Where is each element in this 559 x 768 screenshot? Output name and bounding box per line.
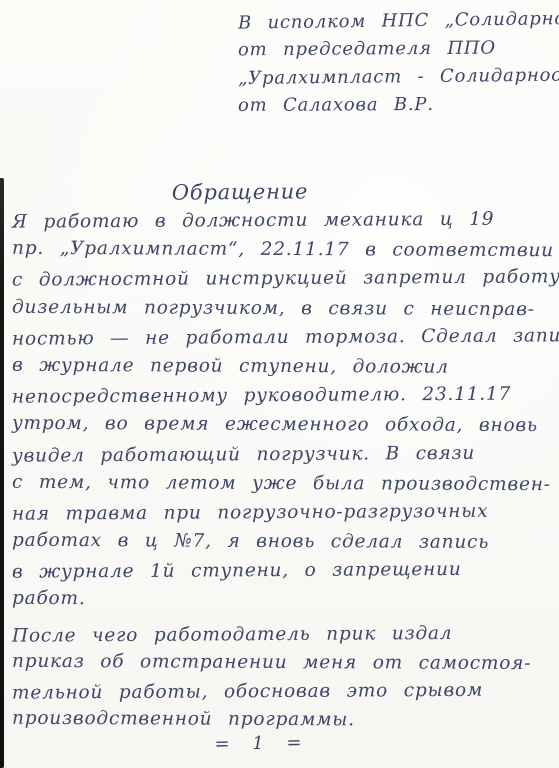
handwritten-line: непосредственному руководителю. 23.11.17 xyxy=(12,379,557,412)
handwritten-line: увидел работающий погрузчик. В связи xyxy=(12,438,557,471)
letter-body: Я работаю в должности механика ц 19 пр. … xyxy=(12,206,557,735)
body-paragraph-2: После чего работодатель прик издал прика… xyxy=(12,621,557,735)
handwritten-line: тельной работы, обосновав это срывом xyxy=(12,676,557,708)
scan-edge-artifact xyxy=(0,178,4,768)
handwritten-line: Я работаю в должности механика ц 19 xyxy=(12,204,557,237)
letter-header: В исполком НПС „Солидарность“ от председ… xyxy=(238,8,559,118)
body-paragraph-1: Я работаю в должности механика ц 19 пр. … xyxy=(12,206,557,615)
handwritten-line: в журнале первой ступени, доложил xyxy=(12,351,557,383)
header-line-from-role: от председателя ППО xyxy=(238,35,559,64)
handwritten-line: утром, во время ежесменного обхода, внов… xyxy=(12,409,557,441)
handwritten-line: работах в ц №7, я вновь сделал запись xyxy=(12,526,557,558)
handwritten-line: в журнале 1й ступени, о запрещении xyxy=(12,555,557,588)
handwritten-line: ная травма при погрузочно-разгрузочных xyxy=(12,496,557,529)
header-line-sender-name: от Салахова В.Р. xyxy=(238,91,559,119)
handwritten-line: с должностной инструкцией запретил работ… xyxy=(12,263,557,296)
letter-title: Обращение xyxy=(0,178,480,206)
header-line-addressee: В исполком НПС „Солидарность“ xyxy=(238,5,559,36)
handwritten-line: работ. xyxy=(12,584,557,616)
handwritten-line: дизельным погрузчиком, в связи с неиспра… xyxy=(12,292,557,324)
handwritten-line: пр. „Уралхимпласт“, 22.11.17 в соответст… xyxy=(12,234,557,266)
handwritten-line: ностью — не работали тормоза. Сделал зап… xyxy=(12,321,557,354)
handwritten-line: с тем, что летом уже была производствен- xyxy=(12,467,557,499)
handwritten-line: приказ об отстранении меня от самостоя- xyxy=(12,648,557,679)
scanned-letter-page: В исполком НПС „Солидарность“ от председ… xyxy=(0,0,559,768)
handwritten-line: После чего работодатель прик издал xyxy=(12,619,557,651)
header-line-organization: „Уралхимпласт - Солидарность“ xyxy=(238,62,559,92)
